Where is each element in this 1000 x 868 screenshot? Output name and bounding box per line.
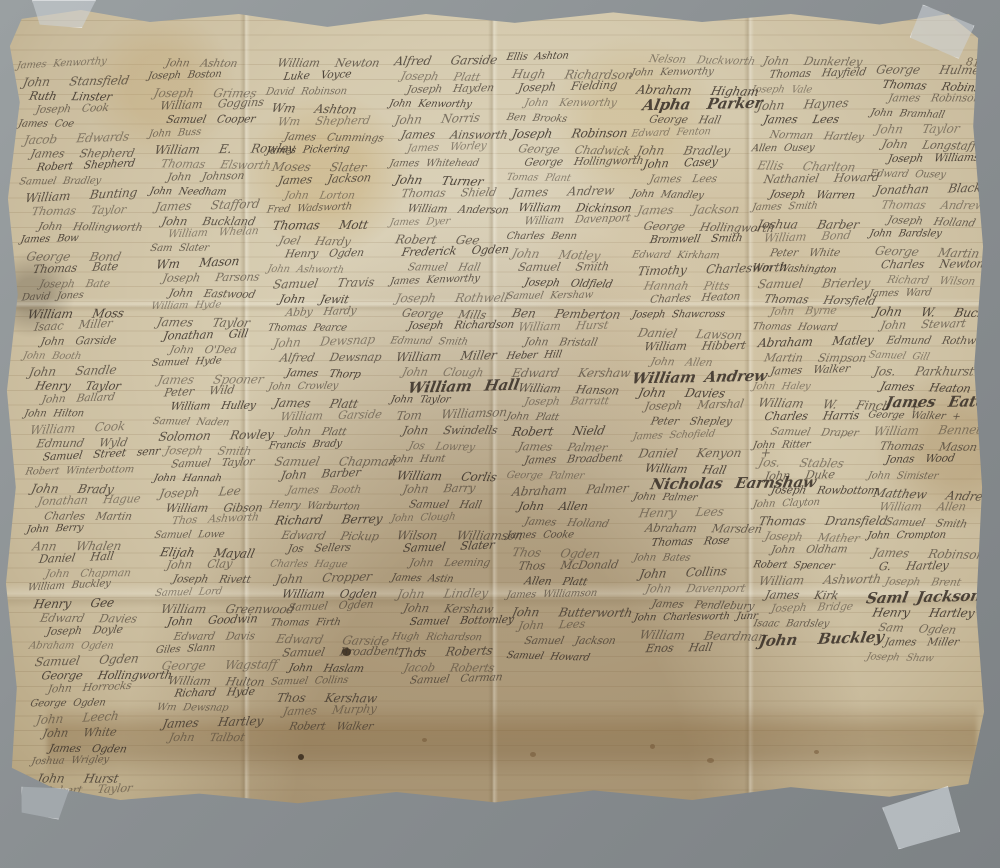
signature: John Berry bbox=[25, 520, 170, 540]
signature: John Stewart bbox=[867, 316, 1000, 335]
signature: John Crompton bbox=[865, 530, 1000, 547]
signature: Joseph Barratt bbox=[504, 395, 644, 411]
signature: Joseph Cook bbox=[16, 101, 161, 120]
signature: Joseph Robinson bbox=[504, 127, 644, 143]
signature: Joseph Williamson bbox=[868, 151, 1000, 169]
signature: Robert Walker bbox=[269, 721, 425, 736]
signature: James Cooke bbox=[504, 530, 644, 546]
signature: Thomas Bate bbox=[19, 259, 164, 279]
signature: James Bow bbox=[19, 231, 164, 250]
signature: John Hunt bbox=[389, 453, 523, 470]
signature: Samuel Jackson bbox=[504, 636, 644, 651]
signature: Thomas Andrew bbox=[867, 199, 1000, 215]
signature: Thos McDonald bbox=[505, 559, 645, 576]
signature: John Bardsley bbox=[867, 229, 1000, 244]
signature: Heber Hill bbox=[505, 347, 644, 366]
signature: James Robinson bbox=[868, 93, 1000, 108]
signature: Samuel Kershaw bbox=[505, 290, 645, 307]
signature: James Whitehead bbox=[387, 158, 521, 174]
signature: Joseph Hayden bbox=[387, 82, 521, 100]
signature-column-8: George HulmeThomas RobinsonJames Robinso… bbox=[866, 63, 1000, 668]
signature: John White bbox=[29, 725, 174, 743]
signature: G. Hartley bbox=[865, 559, 1000, 577]
signature: James Worley bbox=[388, 139, 522, 159]
signature: John Clough bbox=[389, 510, 523, 529]
signature: Joseph Rothwell bbox=[388, 291, 522, 307]
signature: James Eaton bbox=[866, 394, 1000, 411]
signature: James Miller bbox=[864, 637, 1000, 652]
signature: Ellis Ashton bbox=[505, 50, 645, 68]
signature: Jonathan Blackburn + bbox=[868, 180, 1000, 199]
signature: John Garside bbox=[21, 334, 166, 352]
signature: Samuel Carman bbox=[390, 672, 524, 692]
signature: Charles Newton + bbox=[867, 258, 1000, 275]
signature: Joseph Richardson bbox=[388, 320, 522, 337]
signature: Thos Roberts bbox=[390, 643, 524, 662]
signature: Edmund Rothwell bbox=[867, 335, 1000, 351]
signature: Alfred Garside bbox=[387, 54, 521, 71]
signature: Robert Shepherd bbox=[17, 157, 162, 178]
signature: Robert Winterbottom bbox=[24, 464, 169, 482]
signature: Thomas Shield bbox=[388, 187, 522, 204]
signature: John Swindells bbox=[389, 425, 523, 441]
signature: William Allen bbox=[865, 501, 1000, 516]
photograph-of-signature-sheet: 81 James KenworthyJohn StansfieldRuth Li… bbox=[0, 0, 1000, 868]
signature: George Hollingworth bbox=[505, 155, 645, 172]
signature: James Murphy bbox=[269, 702, 425, 722]
signature: James Broadbent bbox=[505, 453, 645, 471]
signature: Saml Jackson bbox=[865, 587, 1000, 606]
signature: Jonathan Hague bbox=[24, 492, 169, 511]
signature: John Lees bbox=[505, 616, 644, 635]
signature: Thomas Taylor bbox=[18, 204, 163, 222]
signature: Joseph Fielding bbox=[505, 79, 644, 98]
signature: William Hall bbox=[389, 377, 523, 396]
signature: John Ballard bbox=[22, 390, 167, 410]
signature: Joshua Wrigley bbox=[30, 753, 175, 772]
signature: Edward Kershaw bbox=[504, 367, 644, 382]
signature: Jonas Wood bbox=[866, 452, 1000, 471]
signature: James Ward bbox=[867, 287, 1000, 305]
signature: James Williamson bbox=[505, 587, 645, 605]
corner-clip-bottom-left bbox=[18, 784, 69, 821]
signature: Joseph Doyle bbox=[27, 623, 172, 642]
signature: John Kenworthy bbox=[504, 98, 644, 113]
signature-column-5: Ellis AshtonHugh RichardsonJoseph Fieldi… bbox=[506, 53, 643, 665]
signature: John Horrocks bbox=[28, 679, 173, 700]
signature: William Davenport bbox=[505, 213, 644, 232]
signature: James Dyer bbox=[388, 215, 522, 233]
signature: John Barry bbox=[389, 482, 523, 500]
signature: William Miller bbox=[389, 348, 523, 366]
signature: Charles Benn bbox=[504, 232, 644, 247]
signature-column-4: Alfred GarsideJoseph PlattJoseph HaydenJ… bbox=[388, 55, 523, 692]
signature: William Hurst bbox=[505, 319, 645, 337]
signature: James Kenworthy bbox=[388, 272, 522, 292]
aged-paper: 81 James KenworthyJohn StansfieldRuth Li… bbox=[2, 6, 988, 808]
signature: John Simister bbox=[866, 471, 1000, 487]
